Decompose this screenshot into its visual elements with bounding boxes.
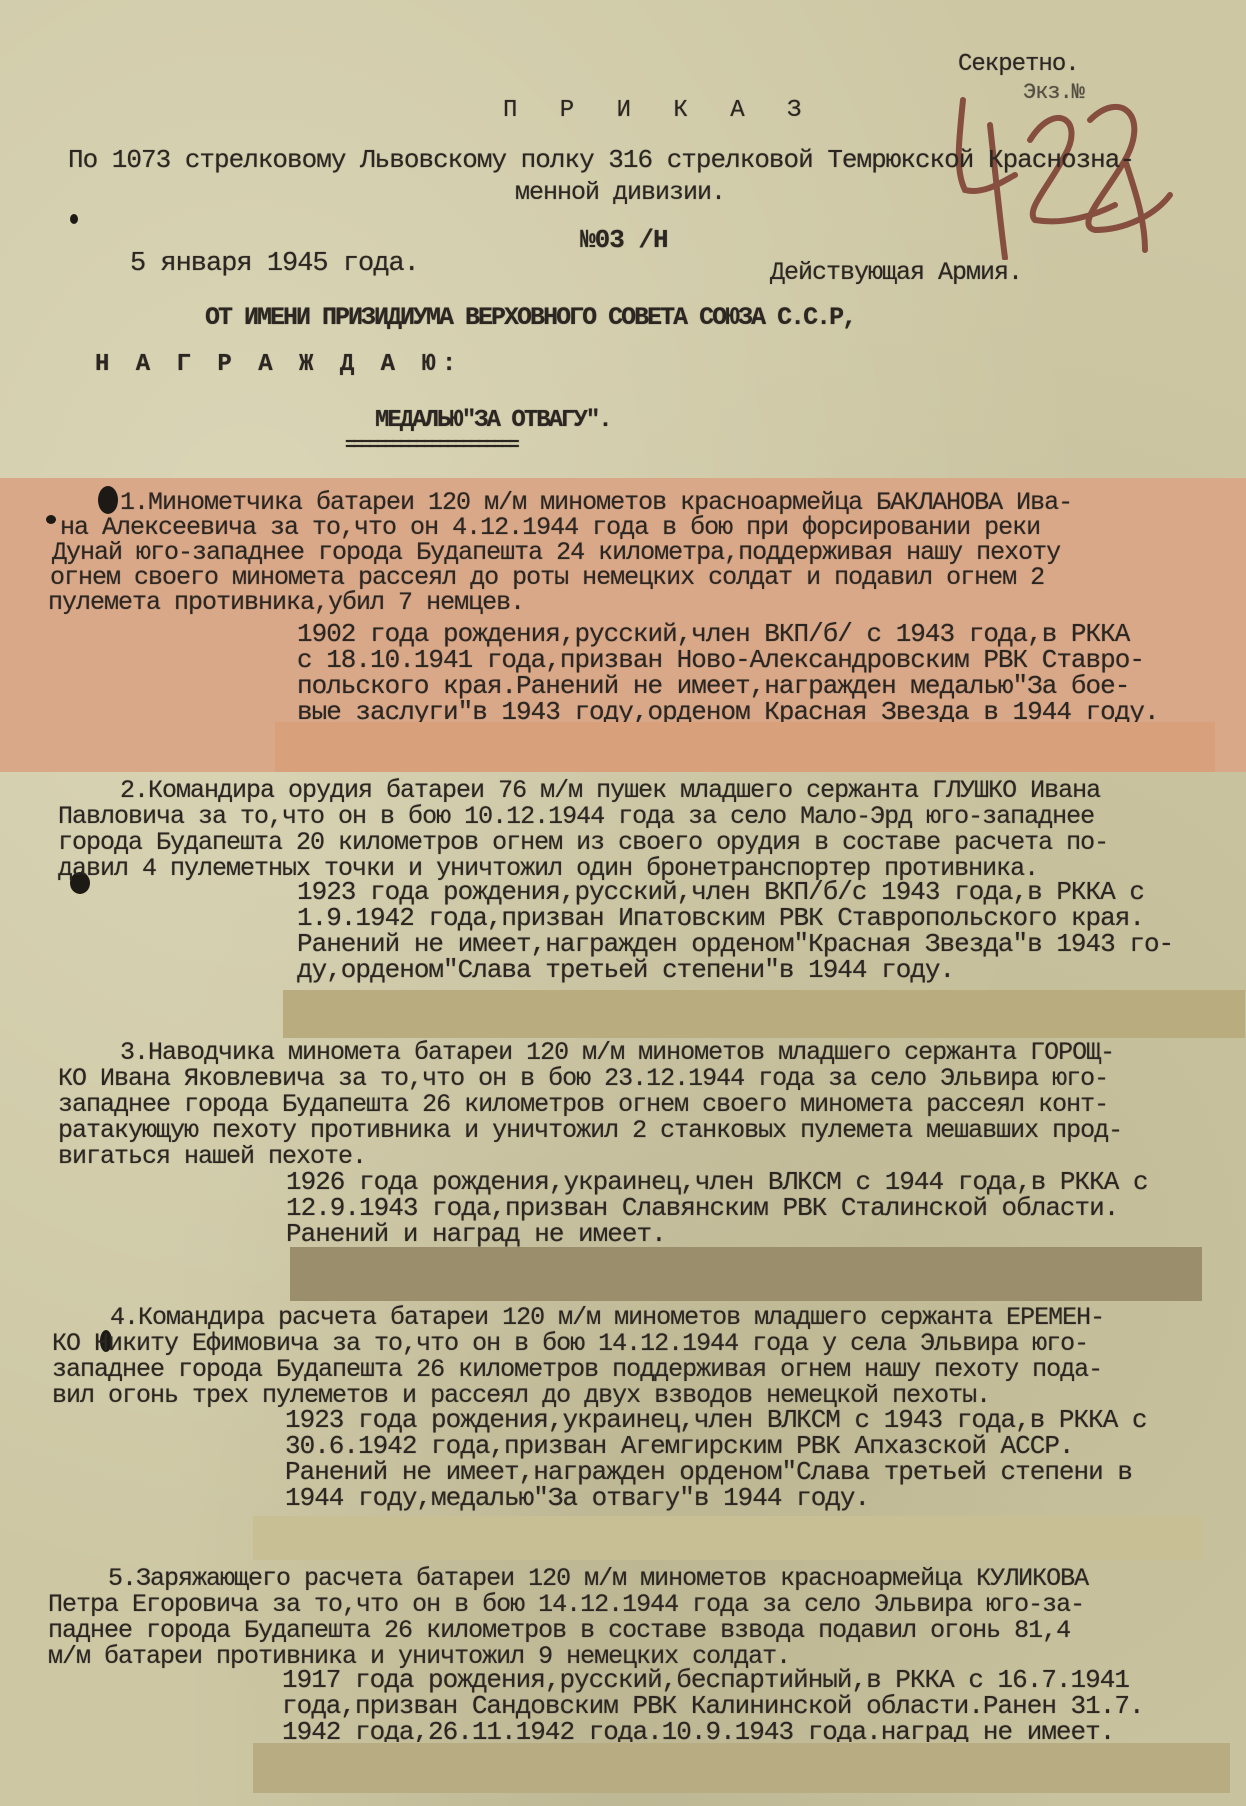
ink-dot-icon: [46, 515, 56, 524]
entry-2-bio-line: ду,орденом"Слава третьей степени"в 1944 …: [297, 958, 954, 983]
unit-line-1: По 1073 стрелковому Львовскому полку 316…: [68, 148, 1134, 173]
entry-1-citation-line: Дунай юго-западнее города Будапешта 24 к…: [52, 540, 1060, 565]
entry-5-citation-line: Петра Егоровича за то,что он в бою 14.12…: [48, 1592, 1084, 1617]
order-number: №03 /Н: [580, 228, 668, 253]
entry-4-citation-line: КО Никиту Ефимовича за то,что он в бою 1…: [52, 1331, 1088, 1356]
unit-line-2: менной дивизии.: [515, 180, 725, 205]
entry-1-citation-line: пулемета противника,убил 7 немцев.: [48, 590, 524, 615]
entry-5-citation-line: 5.Заряжающего расчета батареи 120 м/м ми…: [108, 1566, 1088, 1591]
entry-2-bio-line: 1.9.1942 года,призван Ипатовским РВК Ста…: [297, 906, 1144, 931]
entry-4-bio-line: 30.6.1942 года,призван Агемгирским РВК А…: [285, 1434, 1074, 1459]
order-location: Действующая Армия.: [770, 260, 1022, 285]
redaction-box-5: [253, 1743, 1230, 1793]
entry-5-citation-line: паднее города Будапешта 26 километров в …: [48, 1618, 1070, 1643]
entry-2-bio-line: 1923 года рождения,русский,член ВКП/б/с …: [297, 880, 1144, 905]
entry-1-bio-line: польского края.Ранений не имеет,награжде…: [297, 674, 1129, 699]
entry-3-citation-line: западнее города Будапешта 26 километров …: [58, 1092, 1108, 1117]
award-verb: Н А Г Р А Ж Д А Ю:: [95, 352, 462, 377]
entry-4-citation-line: западнее города Будапешта 26 километров …: [52, 1357, 1102, 1382]
medal-underline: ======================: [345, 434, 517, 459]
entry-4-bio-line: Ранений не имеет,награжден орденом"Слава…: [285, 1460, 1132, 1485]
entry-1-bio-line: вые заслуги"в 1943 году,орденом Красная …: [297, 700, 1159, 722]
punch-mark-icon: [70, 214, 78, 224]
entry-4-bio-line: 1923 года рождения,украинец,член ВЛКСМ с…: [285, 1408, 1147, 1433]
entry-2-bio-line: Ранений не имеет,награжден орденом"Красн…: [297, 932, 1173, 957]
redaction-box-2: [283, 990, 1245, 1038]
entry-1-citation-line: огнем своего миномета рассеял до роты не…: [50, 565, 1044, 590]
entry-3-bio-line: 12.9.1943 года,призван Славянским РВК Ст…: [286, 1196, 1118, 1221]
redaction-box-3: [290, 1247, 1202, 1301]
ink-blot-icon: [98, 486, 118, 514]
order-date: 5 января 1945 года.: [130, 252, 419, 277]
entry-2-citation-line: города Будапешта 20 километров огнем из …: [58, 830, 1108, 855]
redaction-box-4: [253, 1516, 1203, 1560]
entry-3-citation-line: ратакующую пехоту противника и уничтожил…: [58, 1118, 1122, 1143]
entry-2-citation-line: Павловича за то,что он в бою 10.12.1944 …: [58, 804, 1094, 829]
entry-3-citation-line: КО Ивана Яковлевича за то,что он в бою 2…: [58, 1066, 1108, 1091]
entry-4-citation-line: 4.Командира расчета батареи 120 м/м мино…: [110, 1305, 1104, 1330]
entry-4-bio-line: 1944 году,медалью"За отвагу"в 1944 году.: [285, 1486, 869, 1511]
entry-3-bio-line: Ранений и наград не имеет.: [286, 1222, 666, 1247]
entry-1-bio-line: 1902 года рождения,русский,член ВКП/б/ с…: [297, 622, 1129, 647]
document-title: П Р И К А З: [503, 98, 815, 123]
entry-5-bio-line: 1917 года рождения,русский,беспартийный,…: [282, 1668, 1129, 1693]
entry-1-bio-line: с 18.10.1941 года,призван Ново-Александр…: [297, 648, 1144, 673]
medal-name: МЕДАЛЬЮ"ЗА ОТВАГУ".: [375, 408, 611, 433]
entry-3-citation-line: 3.Наводчика миномета батареи 120 м/м мин…: [120, 1040, 1114, 1065]
entry-5-bio-line: 1942 года,26.11.1942 года.10.9.1943 года…: [282, 1720, 1114, 1742]
entry-3-citation-line: вигаться нашей пехоте.: [58, 1144, 366, 1169]
entry-5-bio-line: года,призван Сандовским РВК Калининской …: [282, 1694, 1144, 1719]
entry-1-citation-line: 1.Минометчика батареи 120 м/м минометов …: [120, 490, 1072, 515]
entry-3-bio-line: 1926 года рождения,украинец,член ВЛКСМ с…: [286, 1170, 1148, 1195]
entry-1-citation-line: на Алексеевича за то,что он 4.12.1944 го…: [60, 515, 1040, 540]
classification-label: Секретно.: [958, 52, 1079, 77]
authority-line: ОТ ИМЕНИ ПРИЗИДИУМА ВЕРХОВНОГО СОВЕТА СО…: [205, 305, 855, 330]
redaction-box-1: [275, 722, 1215, 772]
entry-2-citation-line: 2.Командира орудия батареи 76 м/м пушек …: [120, 778, 1100, 803]
